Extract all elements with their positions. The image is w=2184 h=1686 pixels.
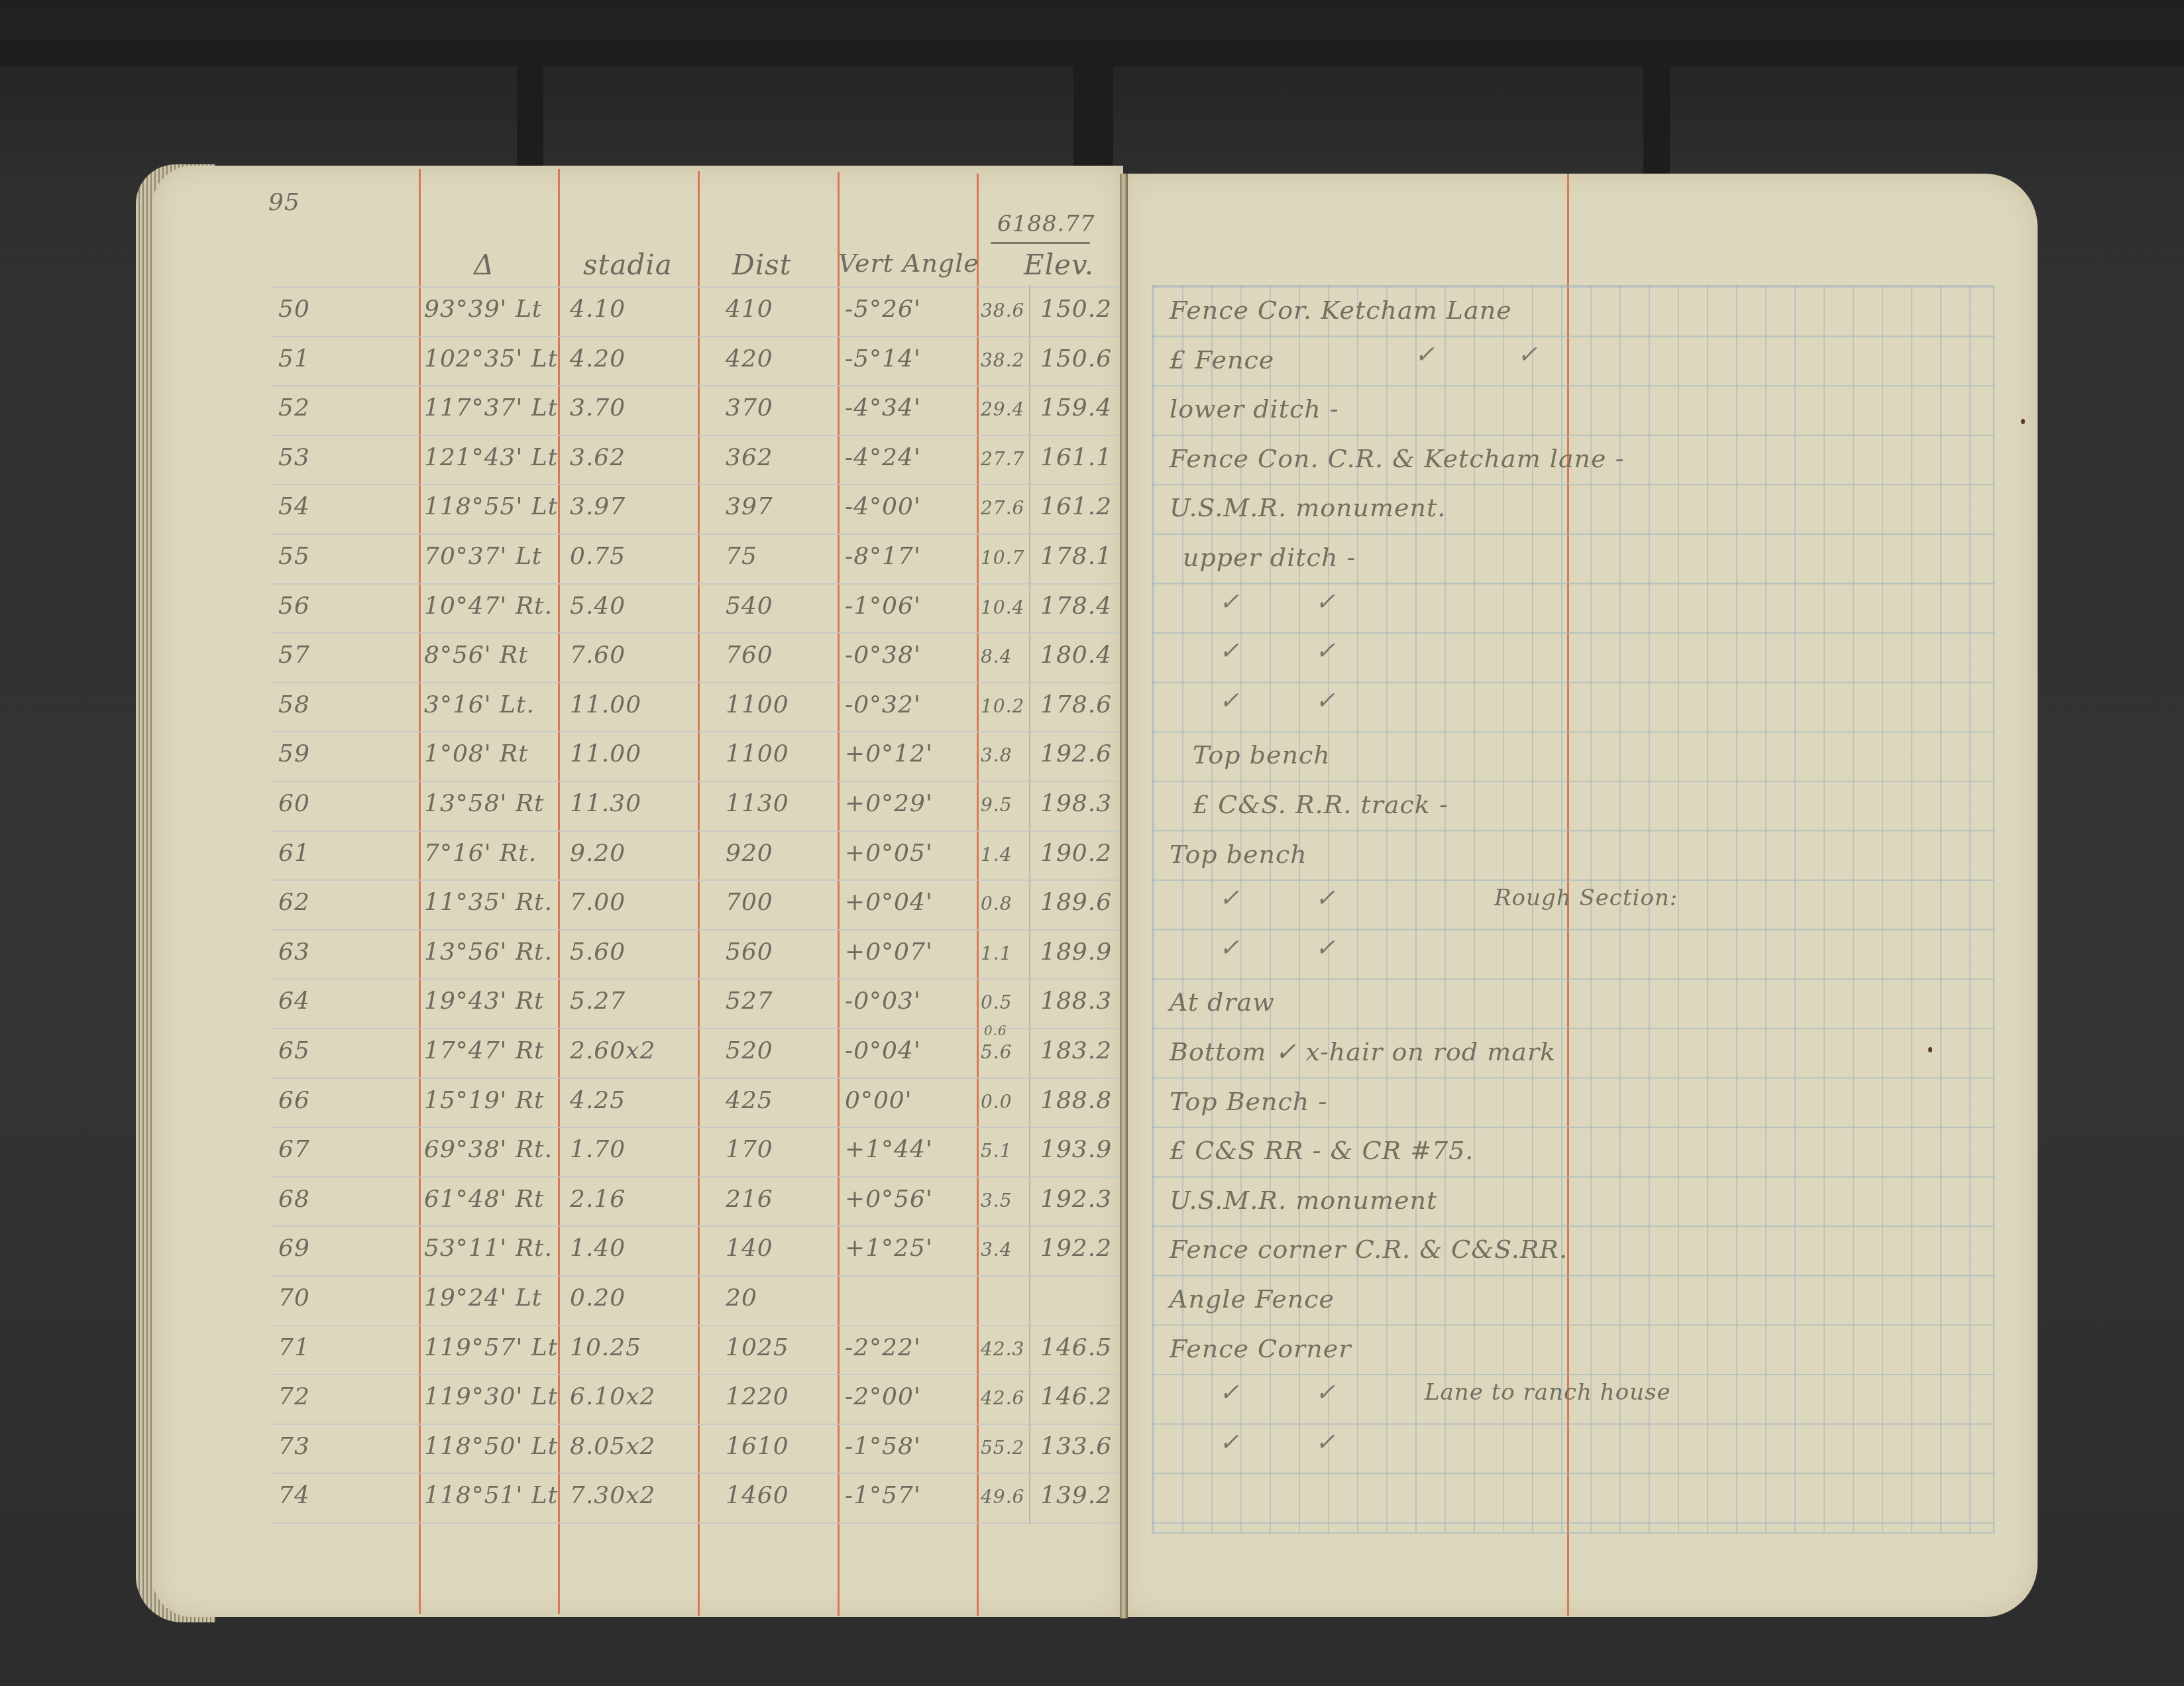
cell-dist: 140 <box>726 1235 773 1262</box>
cell-dist: 216 <box>726 1186 773 1213</box>
row-rule <box>272 1078 1120 1079</box>
cell-angle: 118°55' Lt <box>424 493 558 520</box>
cell-elev: 190.2 <box>1040 840 1112 867</box>
row-rule <box>272 484 1120 485</box>
cell-stadia: 3.97 <box>570 493 626 520</box>
cell-stadia: 10.25 <box>570 1334 641 1361</box>
cell-elev: 183.2 <box>1040 1037 1112 1064</box>
note-text: Top bench <box>1170 840 1307 869</box>
cell-diff: 55.2 <box>981 1437 1024 1459</box>
cell-vert: +0°07' <box>845 938 933 966</box>
header-dist: Dist <box>732 249 792 281</box>
stain <box>1928 1047 1932 1052</box>
cell-sta: 65 <box>278 1037 310 1064</box>
cell-vert: -5°14' <box>845 345 921 372</box>
stand-post-center <box>1073 60 1113 179</box>
note-aside: Lane to ranch house <box>1425 1379 1671 1406</box>
check-mark-icon: ✓ <box>1315 687 1336 714</box>
cell-sta: 56 <box>278 592 310 620</box>
cell-angle: 13°58' Rt <box>424 790 545 817</box>
cell-stadia: 7.30x2 <box>570 1482 655 1509</box>
row-rule <box>272 929 1120 930</box>
cell-elev: 150.2 <box>1040 296 1112 323</box>
cell-elev: 133.6 <box>1040 1433 1112 1460</box>
cell-vert: +0°05' <box>845 840 933 867</box>
row-rule <box>272 1473 1120 1474</box>
check-mark-icon: ✓ <box>1315 1429 1336 1456</box>
cell-stadia: 3.70 <box>570 394 626 421</box>
column-rule <box>698 171 700 1616</box>
row-rule <box>272 385 1120 386</box>
cell-elev: 161.2 <box>1040 493 1112 520</box>
cell-diff: 1.1 <box>981 942 1012 964</box>
cell-vert: +1°25' <box>845 1235 933 1262</box>
note-text: Fence corner C.R. & C&S.RR. <box>1170 1235 1568 1264</box>
cell-sta: 70 <box>278 1284 310 1312</box>
check-mark-icon: ✓ <box>1315 638 1336 665</box>
cell-dist: 170 <box>726 1136 773 1163</box>
note-text: upper ditch - <box>1183 543 1356 572</box>
row-rule <box>272 286 1120 288</box>
row-rule <box>272 1225 1120 1227</box>
stand-post-right <box>1643 60 1670 179</box>
cell-angle: 121°43' Lt <box>424 444 558 471</box>
check-mark-icon: ✓ <box>1219 1429 1240 1456</box>
cell-elev: 192.2 <box>1040 1235 1112 1262</box>
cell-sta: 50 <box>278 296 310 323</box>
cell-sta: 73 <box>278 1433 310 1460</box>
check-mark-icon: ✓ <box>1315 934 1336 962</box>
cell-sta: 62 <box>278 889 310 916</box>
cell-diff: 27.7 <box>981 448 1024 470</box>
check-mark-icon: ✓ <box>1415 341 1435 368</box>
cell-angle: 53°11' Rt. <box>424 1235 553 1262</box>
cell-diff-note: 0.6 <box>984 1023 1007 1039</box>
cell-stadia: 4.25 <box>570 1087 626 1114</box>
cell-diff: 10.7 <box>981 547 1024 569</box>
header-stadia: stadia <box>583 249 673 281</box>
note-aside: Rough Section: <box>1494 885 1678 911</box>
cell-elev: 178.4 <box>1040 592 1112 620</box>
note-text: £ Fence <box>1170 345 1274 374</box>
cell-angle: 8°56' Rt <box>424 642 529 669</box>
check-mark-icon: ✓ <box>1517 341 1538 368</box>
cell-vert: +0°12' <box>845 740 933 767</box>
cell-vert: -4°24' <box>845 444 921 471</box>
cell-angle: 102°35' Lt <box>424 345 558 372</box>
column-rule <box>838 172 840 1616</box>
cell-diff: 5.6 <box>981 1041 1012 1063</box>
cell-angle: 7°16' Rt. <box>424 840 537 867</box>
cell-sta: 68 <box>278 1186 310 1213</box>
cell-elev: 180.4 <box>1040 642 1112 669</box>
cell-vert: -1°58' <box>845 1433 921 1460</box>
header-vert-angle: Vert Angle <box>838 249 979 278</box>
cell-stadia: 6.10x2 <box>570 1383 655 1410</box>
cell-dist: 425 <box>726 1087 773 1114</box>
note-text: £ C&S. R.R. track - <box>1193 790 1448 819</box>
cell-diff: 3.5 <box>981 1190 1012 1211</box>
cell-diff: 9.5 <box>981 794 1012 816</box>
row-rule <box>272 1522 1120 1524</box>
cell-sta: 69 <box>278 1235 310 1262</box>
cell-angle: 93°39' Lt <box>424 296 542 323</box>
cell-stadia: 2.60x2 <box>570 1037 655 1064</box>
cell-elev: 139.2 <box>1040 1482 1112 1509</box>
cell-elev: 188.8 <box>1040 1087 1112 1114</box>
stand-post-left <box>517 60 543 172</box>
row-rule <box>272 879 1120 881</box>
cell-vert: -0°32' <box>845 691 921 718</box>
cell-vert: -2°00' <box>845 1383 921 1410</box>
stain <box>2021 419 2025 424</box>
column-rule-diff <box>1029 285 1030 1524</box>
cell-angle: 19°43' Rt <box>424 987 545 1015</box>
note-text: At draw <box>1170 987 1275 1017</box>
cell-angle: 15°19' Rt <box>424 1087 545 1114</box>
cell-angle: 11°35' Rt. <box>424 889 553 916</box>
reference-underline <box>991 242 1090 244</box>
cell-elev: 150.6 <box>1040 345 1112 372</box>
cell-dist: 920 <box>726 840 773 867</box>
row-rule <box>272 435 1120 436</box>
cell-vert: -0°03' <box>845 987 921 1015</box>
cell-vert: +0°04' <box>845 889 933 916</box>
cell-stadia: 11.30 <box>570 790 641 817</box>
cell-dist: 397 <box>726 493 773 520</box>
cell-dist: 1130 <box>726 790 789 817</box>
row-rule <box>272 1127 1120 1128</box>
row-rule <box>272 1424 1120 1425</box>
note-text: £ C&S RR - & CR #75. <box>1170 1136 1474 1165</box>
cell-diff: 27.6 <box>981 497 1024 519</box>
cell-elev: 178.6 <box>1040 691 1112 718</box>
cell-elev: 178.1 <box>1040 543 1112 570</box>
cell-angle: 10°47' Rt. <box>424 592 553 620</box>
cell-angle: 1°08' Rt <box>424 740 529 767</box>
row-rule <box>272 682 1120 683</box>
cell-elev: 189.6 <box>1040 889 1112 916</box>
row-rule <box>272 1275 1120 1276</box>
cell-angle: 17°47' Rt <box>424 1037 545 1064</box>
check-mark-icon: ✓ <box>1315 1379 1336 1406</box>
cell-dist: 1610 <box>726 1433 789 1460</box>
cell-stadia: 3.62 <box>570 444 626 471</box>
cell-elev: 161.1 <box>1040 444 1112 471</box>
check-mark-icon: ✓ <box>1219 934 1240 962</box>
cell-sta: 60 <box>278 790 310 817</box>
cell-angle: 119°30' Lt <box>424 1383 558 1410</box>
cell-sta: 51 <box>278 345 310 372</box>
cell-elev: 159.4 <box>1040 394 1112 421</box>
row-rule <box>272 1374 1120 1375</box>
row-rule <box>272 632 1120 634</box>
cell-stadia: 5.60 <box>570 938 626 966</box>
cell-sta: 67 <box>278 1136 310 1163</box>
cell-diff: 3.8 <box>981 744 1012 766</box>
cell-sta: 59 <box>278 740 310 767</box>
page-number: 95 <box>268 189 300 216</box>
cell-stadia: 7.00 <box>570 889 626 916</box>
cell-diff: 10.2 <box>981 695 1024 717</box>
cell-angle: 118°50' Lt <box>424 1433 558 1460</box>
cell-elev: 193.9 <box>1040 1136 1112 1163</box>
check-mark-icon: ✓ <box>1315 589 1336 616</box>
cell-stadia: 0.75 <box>570 543 626 570</box>
row-rule <box>272 731 1120 732</box>
cell-dist: 420 <box>726 345 773 372</box>
cell-stadia: 4.20 <box>570 345 626 372</box>
cell-diff: 38.6 <box>981 300 1024 321</box>
cell-sta: 61 <box>278 840 310 867</box>
cell-stadia: 9.20 <box>570 840 626 867</box>
cell-dist: 540 <box>726 592 773 620</box>
note-text: U.S.M.R. monument <box>1170 1186 1437 1215</box>
cell-stadia: 5.40 <box>570 592 626 620</box>
cell-vert: +0°56' <box>845 1186 933 1213</box>
row-rule <box>272 1176 1120 1178</box>
cell-dist: 370 <box>726 394 773 421</box>
row-rule <box>272 336 1120 337</box>
cell-sta: 71 <box>278 1334 310 1361</box>
cell-diff: 0.8 <box>981 893 1012 915</box>
cell-dist: 520 <box>726 1037 773 1064</box>
check-mark-icon: ✓ <box>1315 885 1336 912</box>
note-text: Top Bench - <box>1170 1087 1327 1116</box>
cell-vert: -1°06' <box>845 592 921 620</box>
row-rule <box>272 781 1120 782</box>
cell-dist: 20 <box>726 1284 757 1312</box>
cell-dist: 700 <box>726 889 773 916</box>
row-rule <box>272 978 1120 980</box>
cell-dist: 760 <box>726 642 773 669</box>
cell-stadia: 4.10 <box>570 296 626 323</box>
cell-vert: 0°00' <box>845 1087 912 1114</box>
cell-sta: 57 <box>278 642 310 669</box>
reference-elevation: 6188.77 <box>997 211 1095 237</box>
cell-vert: -1°57' <box>845 1482 921 1509</box>
book-gutter <box>1120 174 1128 1618</box>
cell-vert: -0°04' <box>845 1037 921 1064</box>
cell-elev: 189.9 <box>1040 938 1112 966</box>
cell-dist: 362 <box>726 444 773 471</box>
check-mark-icon: ✓ <box>1219 589 1240 616</box>
cell-angle: 117°37' Lt <box>424 394 558 421</box>
cell-angle: 119°57' Lt <box>424 1334 558 1361</box>
cell-sta: 64 <box>278 987 310 1015</box>
note-text: Fence Cor. Ketcham Lane <box>1170 296 1512 325</box>
cell-stadia: 11.00 <box>570 740 641 767</box>
cell-sta: 53 <box>278 444 310 471</box>
cell-diff: 29.4 <box>981 398 1024 420</box>
row-rule <box>272 583 1120 585</box>
cell-sta: 66 <box>278 1087 310 1114</box>
cell-stadia: 2.16 <box>570 1186 626 1213</box>
note-text: Fence Con. C.R. & Ketcham lane - <box>1170 444 1625 473</box>
cell-stadia: 7.60 <box>570 642 626 669</box>
cell-diff: 0.5 <box>981 991 1012 1013</box>
row-rule <box>272 830 1120 832</box>
cell-diff: 8.4 <box>981 646 1012 667</box>
column-rule <box>977 174 979 1616</box>
check-mark-icon: ✓ <box>1219 687 1240 714</box>
cell-dist: 1460 <box>726 1482 789 1509</box>
cell-angle: 69°38' Rt. <box>424 1136 553 1163</box>
cell-diff: 42.6 <box>981 1387 1024 1409</box>
cell-dist: 410 <box>726 296 773 323</box>
note-text: Bottom ✓ x-hair on rod mark <box>1170 1037 1556 1066</box>
check-mark-icon: ✓ <box>1219 885 1240 912</box>
cell-diff: 49.6 <box>981 1486 1024 1508</box>
cell-diff: 42.3 <box>981 1338 1024 1360</box>
cell-elev: 198.3 <box>1040 790 1112 817</box>
cell-sta: 63 <box>278 938 310 966</box>
cell-vert: -4°34' <box>845 394 921 421</box>
note-text: Fence Corner <box>1170 1334 1351 1363</box>
note-text: Angle Fence <box>1170 1284 1335 1314</box>
cell-dist: 1100 <box>726 691 789 718</box>
cell-angle: 70°37' Lt <box>424 543 542 570</box>
cell-sta: 54 <box>278 493 310 520</box>
cell-sta: 58 <box>278 691 310 718</box>
cell-diff: 10.4 <box>981 596 1024 618</box>
note-text: lower ditch - <box>1170 394 1339 423</box>
cell-dist: 1220 <box>726 1383 789 1410</box>
cell-elev: 188.3 <box>1040 987 1112 1015</box>
row-rule <box>272 1325 1120 1326</box>
cell-sta: 55 <box>278 543 310 570</box>
cell-elev: 146.5 <box>1040 1334 1112 1361</box>
cell-elev: 192.6 <box>1040 740 1112 767</box>
cell-diff: 1.4 <box>981 844 1012 866</box>
cell-vert: -4°00' <box>845 493 921 520</box>
cell-vert: -5°26' <box>845 296 921 323</box>
cell-sta: 72 <box>278 1383 310 1410</box>
cell-vert: -0°38' <box>845 642 921 669</box>
note-text: Top bench <box>1193 740 1331 769</box>
cell-stadia: 11.00 <box>570 691 641 718</box>
header-elev: Elev. <box>1024 249 1094 281</box>
cell-diff: 0.0 <box>981 1091 1012 1113</box>
cell-sta: 74 <box>278 1482 310 1509</box>
header-angle: Δ <box>474 249 494 281</box>
check-mark-icon: ✓ <box>1219 1379 1240 1406</box>
cell-elev: 192.3 <box>1040 1186 1112 1213</box>
cell-sta: 52 <box>278 394 310 421</box>
cell-vert: +0°29' <box>845 790 933 817</box>
note-text: U.S.M.R. monument. <box>1170 493 1446 522</box>
check-mark-icon: ✓ <box>1219 638 1240 665</box>
cell-angle: 3°16' Lt. <box>424 691 535 718</box>
cell-angle: 61°48' Rt <box>424 1186 545 1213</box>
cell-angle: 118°51' Lt <box>424 1482 558 1509</box>
cell-elev: 146.2 <box>1040 1383 1112 1410</box>
cell-diff: 5.1 <box>981 1140 1012 1162</box>
cell-stadia: 5.27 <box>570 987 626 1015</box>
cell-angle: 13°56' Rt. <box>424 938 553 966</box>
cell-stadia: 1.40 <box>570 1235 626 1262</box>
cell-vert: -2°22' <box>845 1334 921 1361</box>
cell-diff: 38.2 <box>981 349 1024 371</box>
cell-dist: 1100 <box>726 740 789 767</box>
cell-diff: 3.4 <box>981 1239 1012 1261</box>
cell-angle: 19°24' Lt <box>424 1284 542 1312</box>
cell-dist: 527 <box>726 987 773 1015</box>
row-rule <box>272 534 1120 535</box>
cell-dist: 1025 <box>726 1334 789 1361</box>
cell-vert: +1°44' <box>845 1136 933 1163</box>
cell-dist: 560 <box>726 938 773 966</box>
cell-vert: -8°17' <box>845 543 921 570</box>
cell-stadia: 0.20 <box>570 1284 626 1312</box>
cell-stadia: 8.05x2 <box>570 1433 655 1460</box>
cell-dist: 75 <box>726 543 757 570</box>
cell-stadia: 1.70 <box>570 1136 626 1163</box>
